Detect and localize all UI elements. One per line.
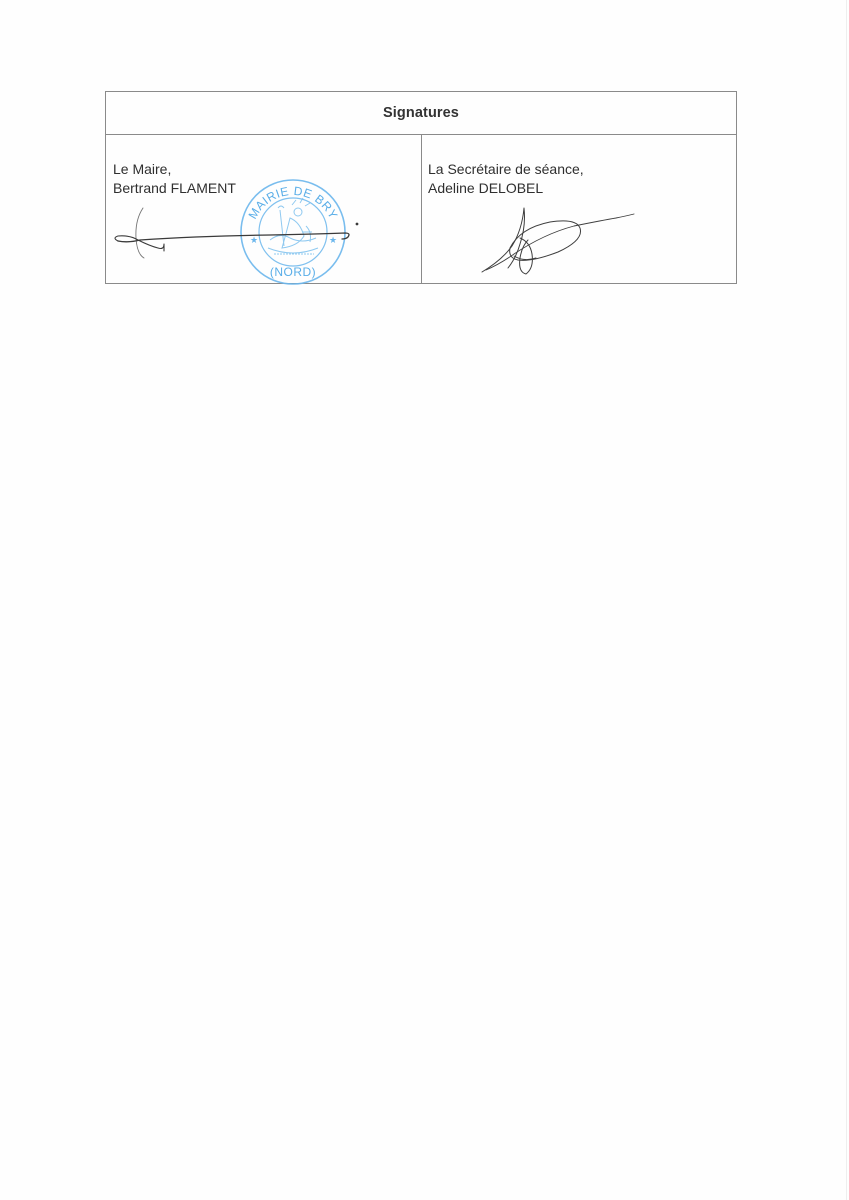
scan-edge	[846, 0, 847, 1200]
document-page: Signatures Le Maire, Bertrand FLAMENT La…	[0, 0, 849, 1200]
signatures-title: Signatures	[383, 105, 459, 121]
signature-cell-secretary: La Secrétaire de séance, Adeline DELOBEL	[422, 135, 736, 283]
mayor-name: Bertrand FLAMENT	[113, 180, 236, 196]
signature-cell-mayor: Le Maire, Bertrand FLAMENT	[106, 135, 422, 283]
signatures-table: Signatures Le Maire, Bertrand FLAMENT La…	[105, 91, 737, 284]
signatures-header: Signatures	[106, 92, 736, 135]
secretary-role: La Secrétaire de séance,	[428, 161, 584, 177]
secretary-name: Adeline DELOBEL	[428, 180, 543, 196]
mayor-role: Le Maire,	[113, 161, 171, 177]
